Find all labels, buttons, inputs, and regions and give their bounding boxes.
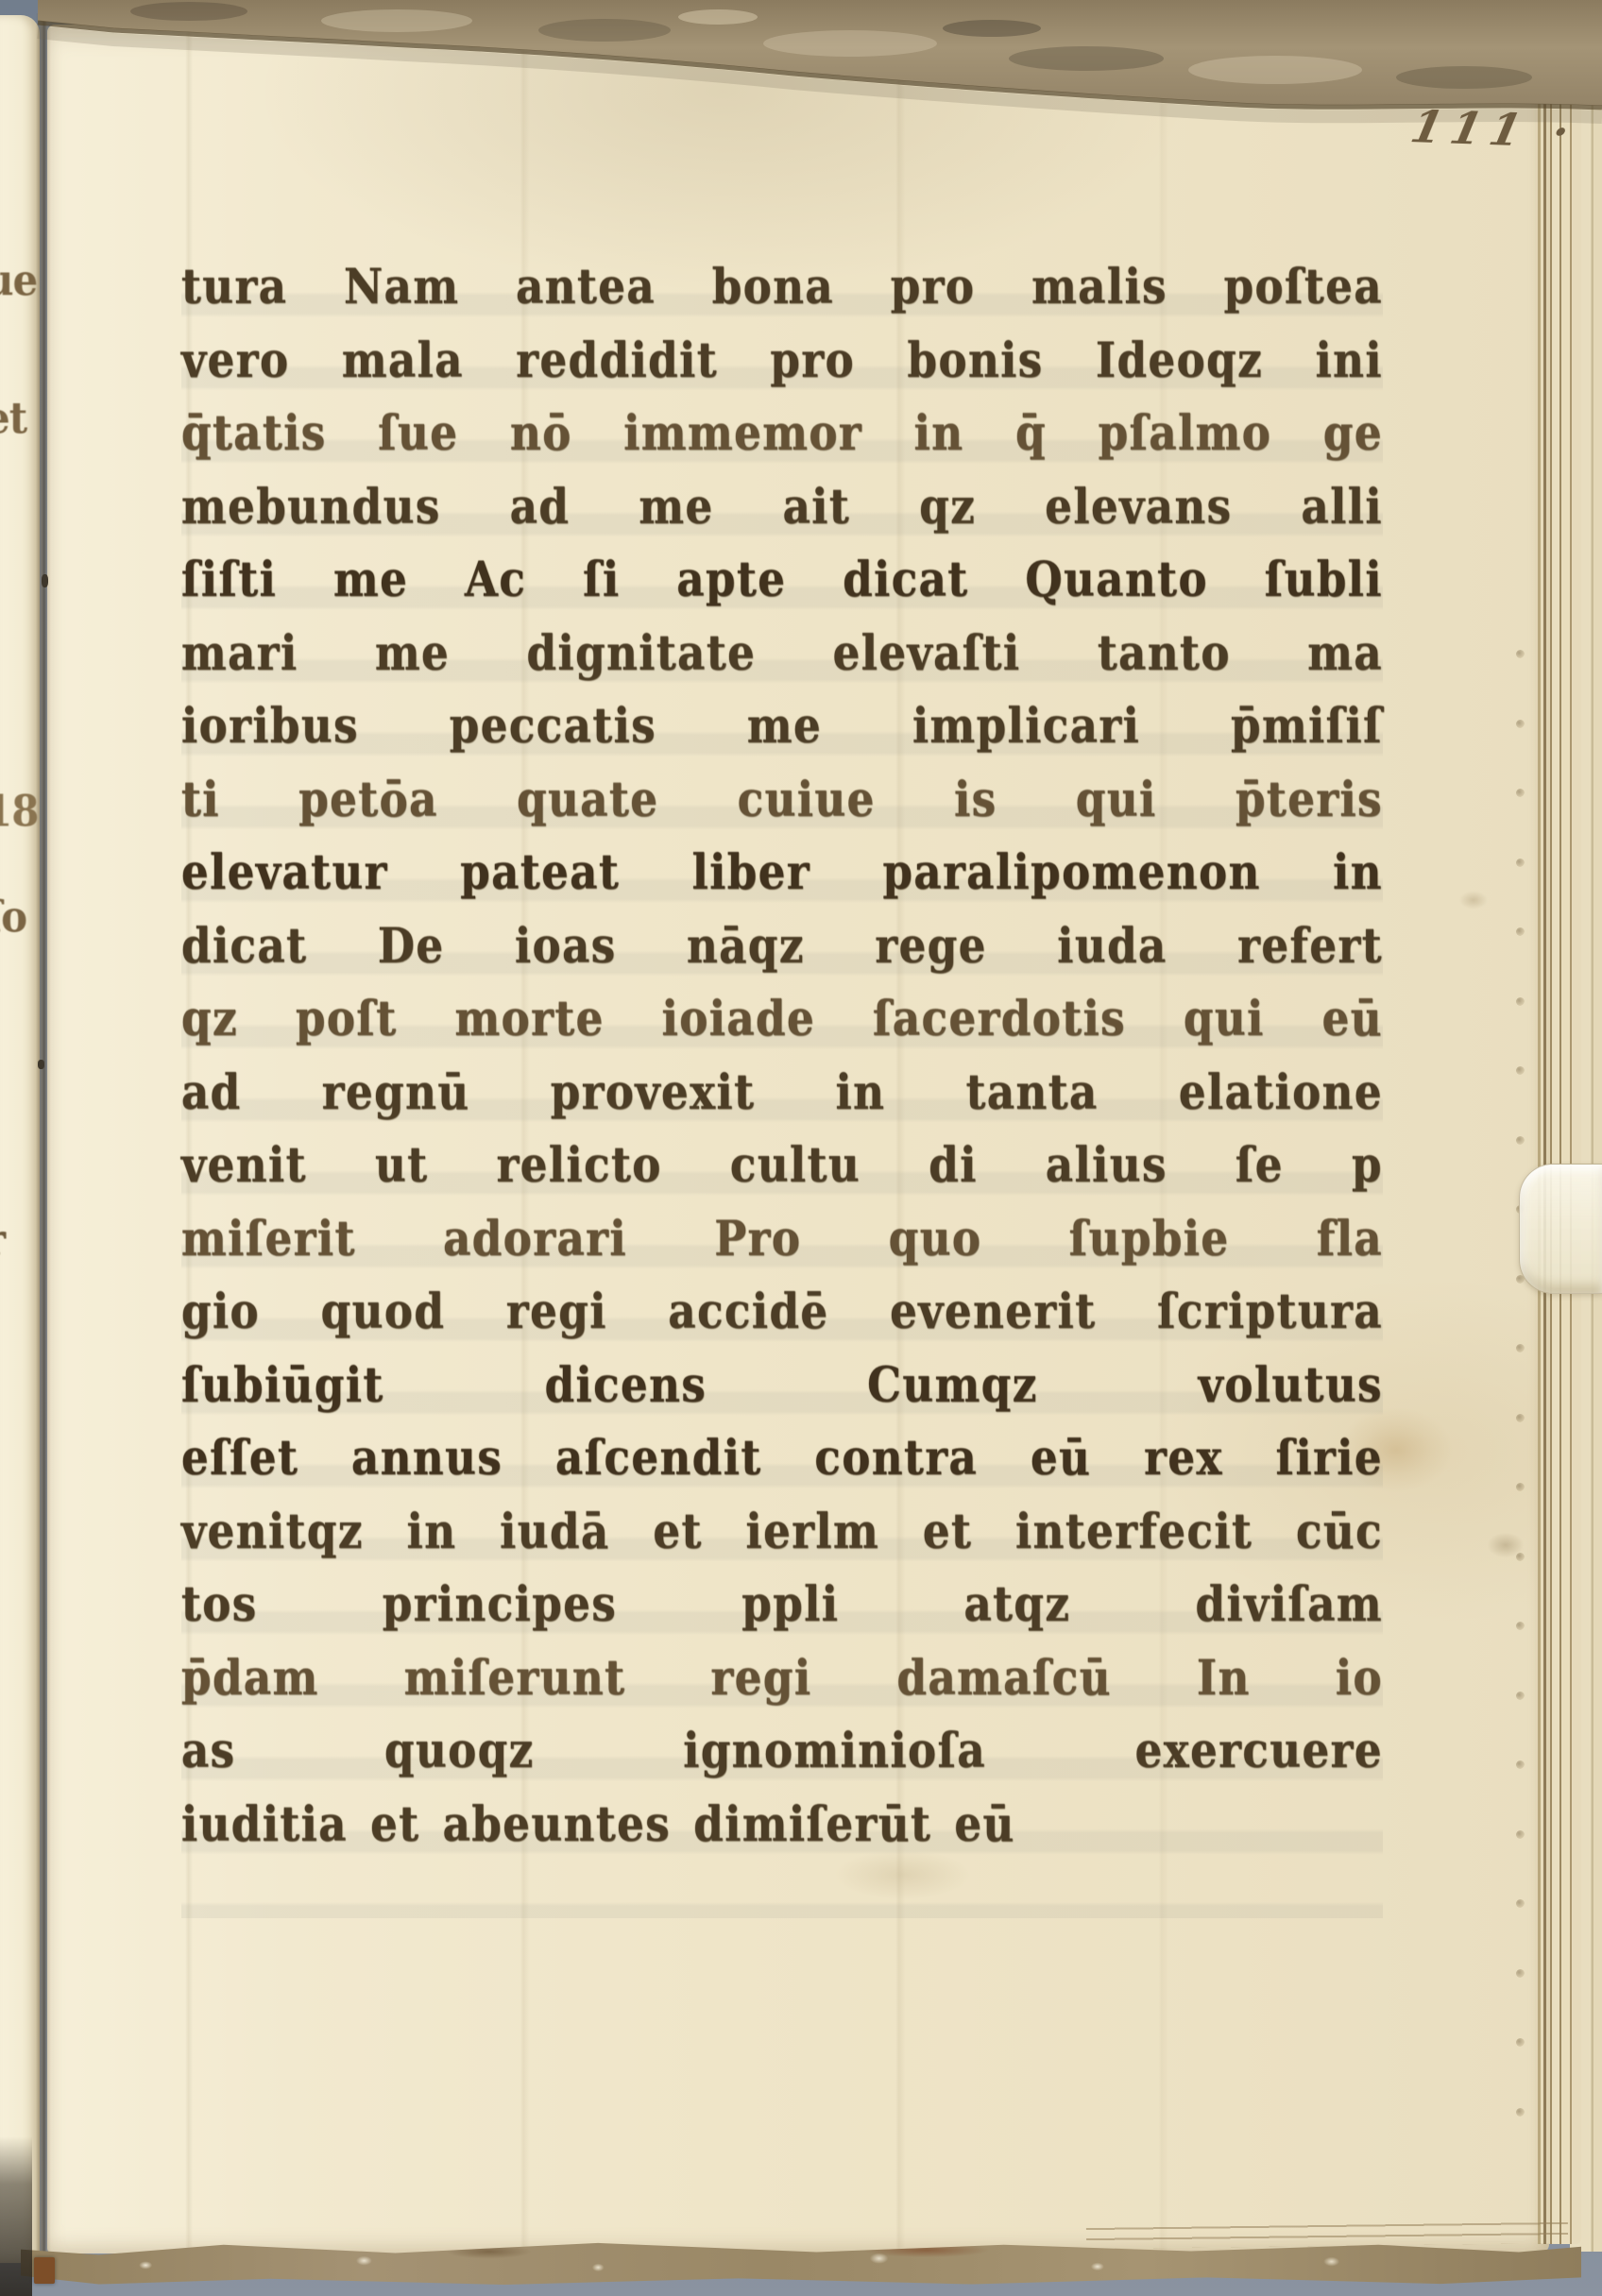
pricking-hole	[1516, 927, 1525, 936]
manuscript-line: ti petōa quate cuiue is qui p̄teris	[181, 760, 1383, 843]
manuscript-line: mari me dignitate elevaſti tanto ma	[181, 614, 1383, 697]
pricking-hole	[1516, 997, 1525, 1006]
facing-page-text-fragment: ſo	[0, 892, 26, 943]
pricking-hole	[1516, 1692, 1525, 1700]
pricking-hole	[1516, 720, 1525, 728]
manuscript-line: venitqz in iudā et ierlm et interfecit c…	[181, 1492, 1383, 1575]
manuscript-line: iuditia et abeuntes dimiſerūt eū	[181, 1785, 1383, 1868]
gutter-speck	[42, 574, 48, 587]
clasp-remnant	[34, 2257, 55, 2284]
manuscript-line: ſiſti me Ac ſi apte dicat Quanto ſubli	[181, 541, 1383, 624]
manuscript-line: vero mala reddidit pro bonis Ideoqz ini	[181, 321, 1383, 404]
manuscript-line: gio quod regi accidē evenerit ſcriptura	[181, 1273, 1383, 1356]
facing-page-sliver: ueet18ſor	[0, 15, 40, 2263]
manuscript-line: eſſet annus aſcendit contra eū rex ſirie	[181, 1420, 1383, 1503]
pricking-hole	[1516, 1483, 1525, 1491]
facing-page-text-fragment: r	[0, 1215, 5, 1266]
pricking-hole	[1516, 1553, 1525, 1561]
text-block: tura Nam antea bona pro malis poſteavero…	[181, 251, 1383, 1918]
pricking-hole	[1516, 1622, 1525, 1630]
manuscript-line: p̄dam miſerunt regi damaſcū In io	[181, 1639, 1383, 1722]
facing-page-text-fragment: ue	[0, 255, 37, 306]
manuscript-line: venit ut relicto cultu di alius ſe p	[181, 1127, 1383, 1210]
pricking-hole	[1516, 1760, 1525, 1769]
vellum-tab	[1519, 1164, 1602, 1294]
book-head-edge	[0, 0, 1602, 170]
manuscript-line: ſubiūgit dicens Cumqz volutus	[181, 1346, 1383, 1429]
pricking-hole	[1516, 1344, 1525, 1352]
manuscript-line: miſerit adorari Pro quo ſupbie fla	[181, 1199, 1383, 1283]
manuscript-line: mebundus ad me ait qz elevans alli	[181, 468, 1383, 551]
pricking-hole	[1516, 2038, 1525, 2047]
parchment-stain	[1455, 888, 1492, 912]
manuscript-line: ioribus peccatis me implicari p̄miſiſ	[181, 688, 1383, 771]
pricking-hole	[1516, 1830, 1525, 1839]
manuscript-photo: ueet18ſor tura Nam antea bona pro malis …	[0, 0, 1602, 2296]
binding-corner-shadow	[0, 2136, 32, 2296]
pricking-hole	[1516, 789, 1525, 797]
facing-page-text-fragment: 18	[0, 786, 38, 837]
pricking-hole	[1516, 650, 1525, 658]
manuscript-line: tos principes ppli atqz diviſam	[181, 1566, 1383, 1649]
manuscript-line: qz poſt morte ioiade ſacerdotis qui eū	[181, 980, 1383, 1063]
gutter-speck	[38, 1060, 44, 1069]
manuscript-line: as quoqz ignominioſa exercuere	[181, 1712, 1383, 1795]
facing-page-text-fragment: et	[0, 393, 26, 444]
pricking-hole	[1516, 1414, 1525, 1422]
manuscript-line: tura Nam antea bona pro malis poſtea	[181, 248, 1383, 332]
pricking-hole	[1516, 2108, 1525, 2117]
manuscript-line: dicat De ioas nāqz rege iuda refert	[181, 907, 1383, 990]
pricking-hole	[1516, 1136, 1525, 1145]
manuscript-line: elevatur pateat liber paralipomenon in	[181, 834, 1383, 917]
folio-number: 111 ·	[1406, 101, 1582, 159]
gutter-shadow	[36, 13, 51, 2267]
manuscript-line: ad regnū provexit in tanta elatione	[181, 1053, 1383, 1136]
pricking-hole	[1516, 1899, 1525, 1908]
pricking-hole	[1516, 1066, 1525, 1075]
pricking-hole	[1516, 859, 1525, 867]
pricking-hole	[1516, 1969, 1525, 1978]
manuscript-line: q̄tatis ſue nō immemor in q̄ pſalmo ge	[181, 395, 1383, 478]
